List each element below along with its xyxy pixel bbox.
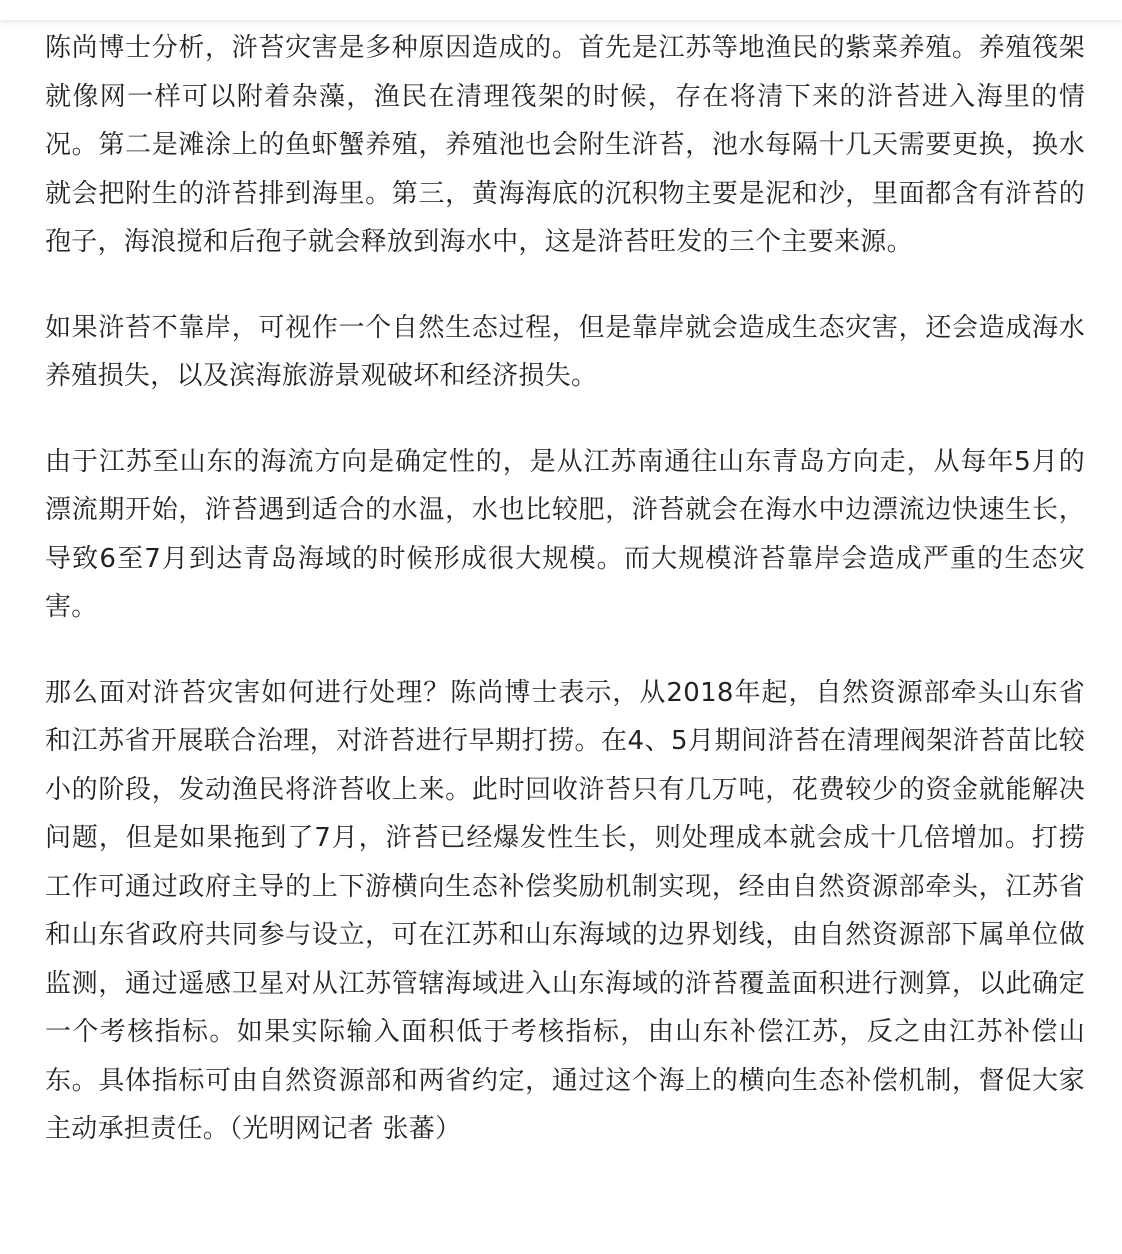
paragraph-causes: 陈尚博士分析，浒苔灾害是多种原因造成的。首先是江苏等地渔民的紫菜养殖。养殖筏架就… bbox=[45, 24, 1085, 267]
paragraph-ocean-current: 由于江苏至山东的海流方向是确定性的，是从江苏南通往山东青岛方向走，从每年5月的漂… bbox=[45, 438, 1085, 632]
paragraph-treatment: 那么面对浒苔灾害如何进行处理？陈尚博士表示，从2018年起，自然资源部牵头山东省… bbox=[45, 669, 1085, 1154]
article-body: 陈尚博士分析，浒苔灾害是多种原因造成的。首先是江苏等地渔民的紫菜养殖。养殖筏架就… bbox=[45, 24, 1085, 1191]
top-bar bbox=[0, 0, 1122, 20]
paragraph-ecological-impact: 如果浒苔不靠岸，可视作一个自然生态过程，但是靠岸就会造成生态灾害，还会造成海水养… bbox=[45, 304, 1085, 401]
